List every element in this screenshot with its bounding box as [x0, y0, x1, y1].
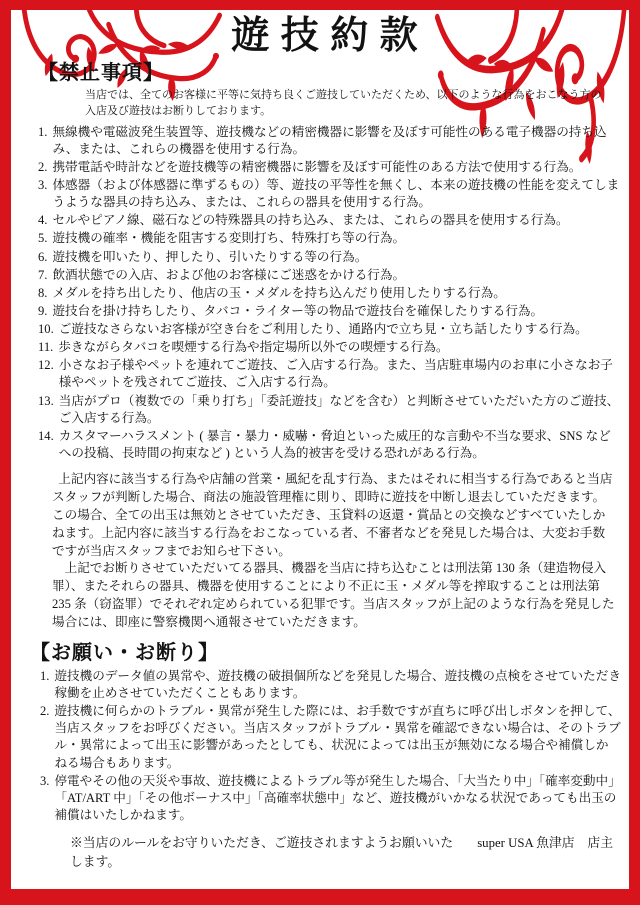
- item-number: 10.: [38, 321, 54, 338]
- item-text: 小さなお子様やペットを連れてご遊技、ご入店する行為。また、当店駐車場内のお車に小…: [59, 357, 621, 391]
- item-text: 歩きながらタバコを喫煙する行為や指定場所以外での喫煙する行為。: [58, 339, 621, 356]
- list-item: 9.遊技台を掛け持ちしたり、タバコ・ライター等の物品で遊技台を確保したりする行為…: [38, 303, 621, 320]
- item-number: 6.: [38, 249, 47, 266]
- item-number: 12.: [38, 357, 54, 374]
- list-item: 1.無線機や電磁波発生装置等、遊技機などの精密機器に影響を及ぼす可能性のある電子…: [38, 124, 621, 158]
- notice-paragraphs: 上記内容に該当する行為や店舗の営業・風紀を乱す行為、またはそれに相当する行為であ…: [52, 471, 617, 632]
- item-number: 2.: [38, 159, 47, 176]
- item-number: 3.: [40, 773, 49, 790]
- item-text: セルやピアノ線、磁石などの特殊器具の持ち込み、または、これらの器具を使用する行為…: [52, 212, 621, 229]
- item-text: カスタマーハラスメント ( 暴言・暴力・威嚇・脅迫といった威圧的な言動や不当な要…: [59, 428, 621, 462]
- list-item: 14.カスタマーハラスメント ( 暴言・暴力・威嚇・脅迫といった威圧的な言動や不…: [38, 428, 621, 462]
- list-item: 12.小さなお子様やペットを連れてご遊技、ご入店する行為。また、当店駐車場内のお…: [38, 357, 621, 391]
- item-text: 停電やその他の天災や事故、遊技機によるトラブル等が発生した場合、「大当たり中」「…: [54, 773, 621, 824]
- list-item: 4.セルやピアノ線、磁石などの特殊器具の持ち込み、または、これらの器具を使用する…: [38, 212, 621, 229]
- item-number: 1.: [38, 124, 47, 141]
- terms-poster: 遊技約款 【禁止事項】 当店では、全てのお客様に平等に気持ち良くご遊技していただ…: [0, 0, 640, 905]
- item-number: 7.: [38, 267, 47, 284]
- list-item: 6.遊技機を叩いたり、押したり、引いたりする等の行為。: [38, 249, 621, 266]
- item-text: 携帯電話や時計などを遊技機等の精密機器に影響を及ぼす可能性のある方法で使用する行…: [52, 159, 621, 176]
- requests-section-heading: 【お願い・お断り】: [30, 641, 621, 666]
- item-text: 無線機や電磁波発生装置等、遊技機などの精密機器に影響を及ぼす可能性のある電子機器…: [52, 124, 621, 158]
- footer-note: ※当店のルールをお守りいただき、ご遊技されますようお願いいたします。: [70, 832, 465, 870]
- item-number: 1.: [40, 668, 49, 685]
- requests-list: 1.遊技機のデータ値の異常や、遊技機の破損個所などを発見した場合、遊技機の点検を…: [40, 668, 621, 824]
- prohibited-intro: 当店では、全てのお客様に平等に気持ち良くご遊技していただくため、以下のような行為…: [85, 87, 609, 120]
- item-text: 体感器（および体感器に準ずるもの）等、遊技の平等性を無くし、本来の遊技機の性能を…: [52, 177, 621, 211]
- list-item: 3.停電やその他の天災や事故、遊技機によるトラブル等が発生した場合、「大当たり中…: [40, 773, 621, 824]
- list-item: 2.遊技機に何らかのトラブル・異常が発生した際には、お手数ですが直ちに呼び出しボ…: [40, 703, 621, 772]
- item-number: 8.: [38, 285, 47, 302]
- list-item: 10.ご遊技なさらないお客様が空き台をご利用したり、通路内で立ち見・立ち話したり…: [38, 321, 621, 338]
- item-text: 遊技機のデータ値の異常や、遊技機の破損個所などを発見した場合、遊技機の点検をさせ…: [54, 668, 621, 702]
- notice-paragraph-2: 上記でお断りさせていただいてる器具、機器を当店に持ち込むことは刑法第 130 条…: [52, 560, 617, 632]
- list-item: 8.メダルを持ち出したり、他店の玉・メダルを持ち込んだり使用したりする行為。: [38, 285, 621, 302]
- item-number: 13.: [38, 393, 54, 410]
- list-item: 7.飲酒状態での入店、および他のお客様にご迷惑をかける行為。: [38, 267, 621, 284]
- prohibited-section-heading: 【禁止事項】: [38, 61, 621, 86]
- item-text: 遊技機に何らかのトラブル・異常が発生した際には、お手数ですが直ちに呼び出しボタン…: [54, 703, 621, 772]
- item-number: 9.: [38, 303, 47, 320]
- item-text: ご遊技なさらないお客様が空き台をご利用したり、通路内で立ち見・立ち話したりする行…: [59, 321, 621, 338]
- item-number: 2.: [40, 703, 49, 720]
- notice-paragraph-1: 上記内容に該当する行為や店舗の営業・風紀を乱す行為、またはそれに相当する行為であ…: [52, 471, 617, 560]
- item-text: 遊技機を叩いたり、押したり、引いたりする等の行為。: [52, 249, 621, 266]
- footer: ※当店のルールをお守りいただき、ご遊技されますようお願いいたします。 super…: [70, 832, 613, 870]
- content-area: 遊技約款 【禁止事項】 当店では、全てのお客様に平等に気持ち良くご遊技していただ…: [11, 15, 629, 894]
- item-number: 3.: [38, 177, 47, 194]
- item-number: 14.: [38, 428, 54, 445]
- item-number: 4.: [38, 212, 47, 229]
- footer-signature: super USA 魚津店 店主: [477, 832, 613, 851]
- item-text: 遊技台を掛け持ちしたり、タバコ・ライター等の物品で遊技台を確保したりする行為。: [52, 303, 621, 320]
- list-item: 5.遊技機の確率・機能を阻害する変則打ち、特殊打ち等の行為。: [38, 230, 621, 247]
- item-text: 飲酒状態での入店、および他のお客様にご迷惑をかける行為。: [52, 267, 621, 284]
- item-text: 遊技機の確率・機能を阻害する変則打ち、特殊打ち等の行為。: [52, 230, 621, 247]
- page-title: 遊技約款: [28, 15, 621, 59]
- list-item: 11.歩きながらタバコを喫煙する行為や指定場所以外での喫煙する行為。: [38, 339, 621, 356]
- item-text: 当店がプロ（複数での「乗り打ち」「委託遊技」などを含む）と判断させていただいた方…: [59, 393, 621, 427]
- item-number: 11.: [38, 339, 53, 356]
- list-item: 2.携帯電話や時計などを遊技機等の精密機器に影響を及ぼす可能性のある方法で使用す…: [38, 159, 621, 176]
- item-number: 5.: [38, 230, 47, 247]
- list-item: 3.体感器（および体感器に準ずるもの）等、遊技の平等性を無くし、本来の遊技機の性…: [38, 177, 621, 211]
- prohibited-list: 1.無線機や電磁波発生装置等、遊技機などの精密機器に影響を及ぼす可能性のある電子…: [38, 124, 621, 462]
- item-text: メダルを持ち出したり、他店の玉・メダルを持ち込んだり使用したりする行為。: [52, 285, 621, 302]
- list-item: 1.遊技機のデータ値の異常や、遊技機の破損個所などを発見した場合、遊技機の点検を…: [40, 668, 621, 702]
- list-item: 13.当店がプロ（複数での「乗り打ち」「委託遊技」などを含む）と判断させていただ…: [38, 393, 621, 427]
